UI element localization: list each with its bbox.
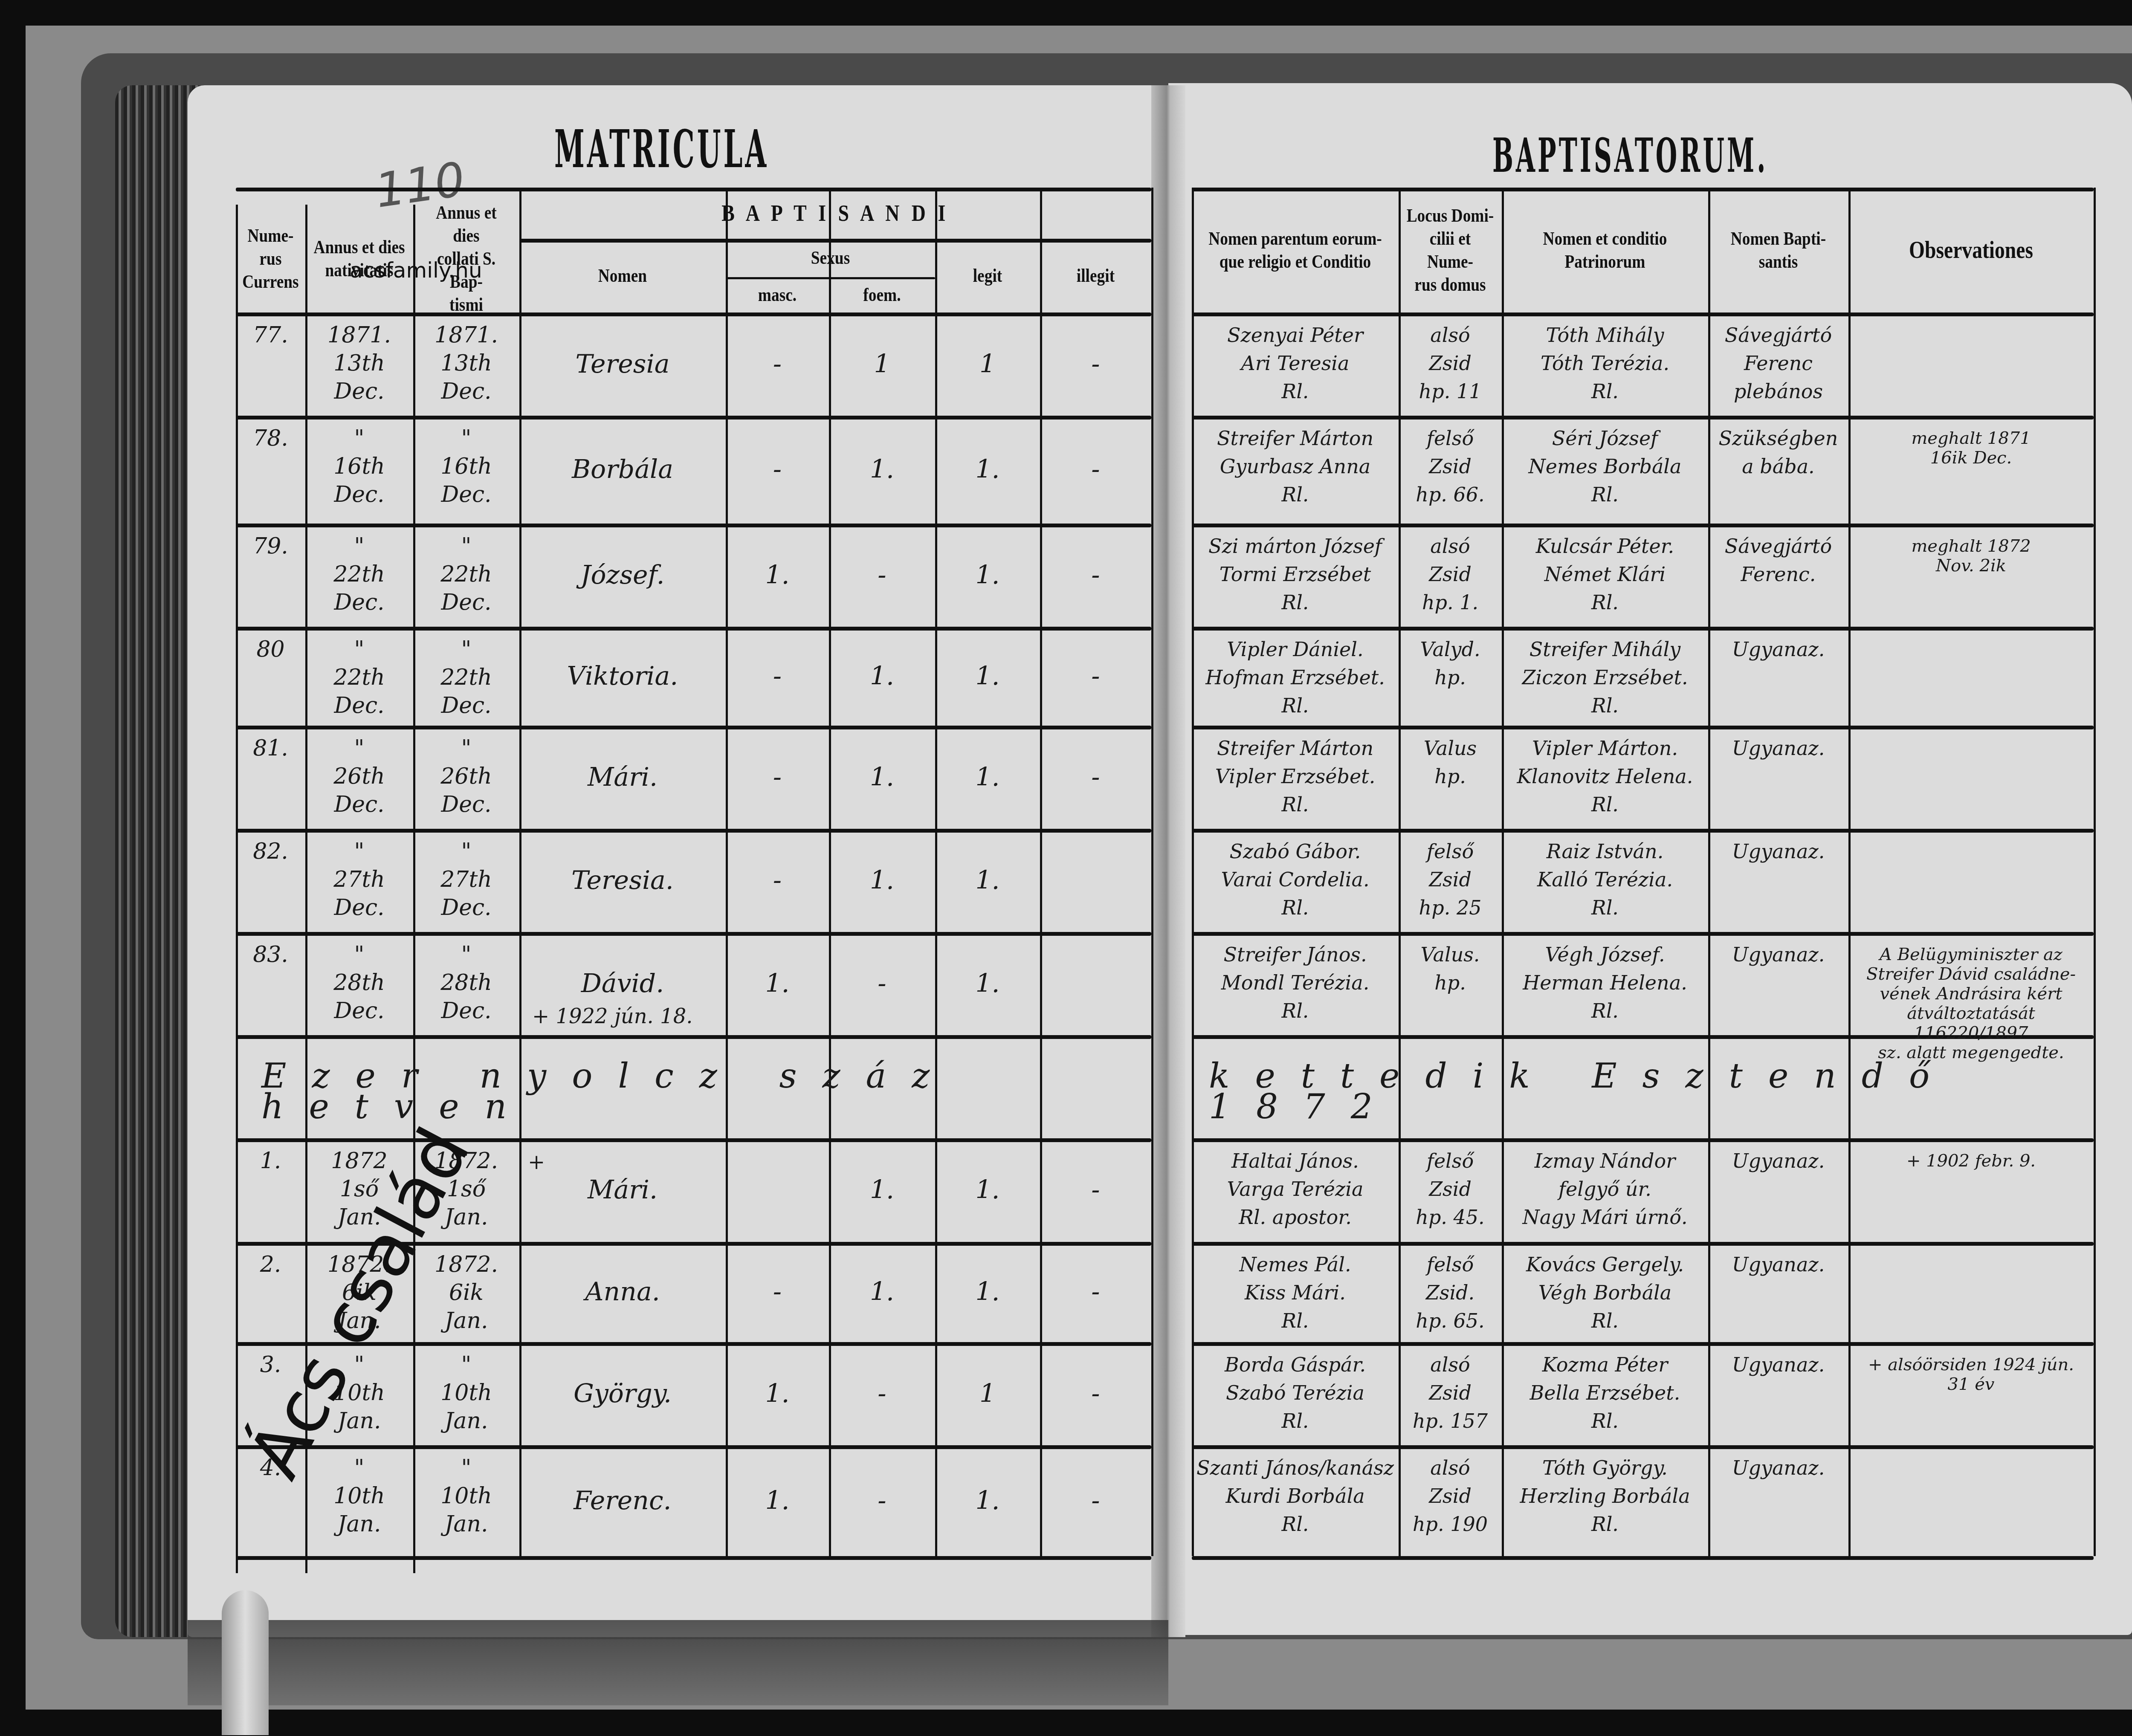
cell-domicile: alsó Zsid hp. 1. (1403, 532, 1498, 616)
cell-parents: Borda Gáspár. Szabó Terézia Rl. (1196, 1351, 1394, 1435)
cell-domicile: Valyd. hp. (1403, 635, 1498, 692)
cell-birth: " 10th Jan. (305, 1454, 413, 1538)
column-header-illegit: illegit (1049, 239, 1143, 312)
cell-illegit: - (1040, 1454, 1151, 1548)
cell-godparents: Tóth Mihály Tóth Terézia. Rl. (1506, 321, 1704, 405)
cell-masc: 1. (726, 1454, 829, 1548)
row-rule (236, 932, 1151, 936)
cell-illegit: - (1040, 321, 1151, 407)
cell-foem: 1. (829, 1250, 935, 1334)
cell-domicile: felső Zsid hp. 45. (1403, 1147, 1498, 1231)
row-rule (236, 1445, 1151, 1449)
cell-name: György. (519, 1351, 726, 1437)
cell-domicile: felső Zsid. hp. 65. (1403, 1250, 1498, 1335)
year-divider-left: Ezer nyolcz száz hetven (261, 1061, 1143, 1122)
column-rule (1708, 188, 1710, 1556)
cell-foem: - (829, 1351, 935, 1437)
cell-masc: - (726, 424, 829, 515)
column-header-baptism: Annus et dies collati S. Bap- tismi (421, 205, 512, 312)
row-rule (236, 829, 1151, 833)
cell-name: Viktoria. (519, 635, 726, 717)
cell-legit: 1. (935, 1250, 1040, 1334)
cell-domicile: felső Zsid hp. 66. (1403, 424, 1498, 509)
left-page-title: MATRICULA (554, 119, 769, 180)
cell-num: 1. (236, 1147, 305, 1175)
cell-name: Ferenc. (519, 1454, 726, 1548)
column-rule (1399, 188, 1401, 1556)
cell-name: Mári. (519, 734, 726, 820)
column-rule (1848, 188, 1851, 1556)
row-rule (236, 312, 1151, 316)
cell-foem: 1. (829, 424, 935, 515)
cell-illegit: - (1040, 1147, 1151, 1233)
cell-num: 77. (236, 321, 305, 349)
column-header-godparents: Nomen et conditio Patrinorum (1517, 188, 1692, 312)
cell-illegit: - (1040, 532, 1151, 618)
cell-num: 2. (236, 1250, 305, 1279)
cell-legit: 1. (935, 1454, 1040, 1548)
row-rule (1192, 1556, 2094, 1560)
cell-foem: 1. (829, 635, 935, 717)
cell-baptism: " 10th Jan. (413, 1454, 519, 1538)
baptisandi-header: B A P T I S A N D I (567, 188, 1104, 239)
cell-masc: - (726, 734, 829, 820)
sexus-header: Sexus (742, 239, 919, 277)
cell-domicile: alsó Zsid hp. 190 (1403, 1454, 1498, 1538)
cell-parents: Streifer Márton Gyurbasz Anna Rl. (1196, 424, 1394, 509)
cell-parents: Szi márton József Tormi Erzsébet Rl. (1196, 532, 1394, 616)
cell-baptizer: Ugyanaz. (1712, 734, 1844, 762)
cell-legit: 1. (935, 734, 1040, 820)
cell-foem: - (829, 1454, 935, 1548)
cell-birth: " 22th Dec. (305, 635, 413, 720)
cell-parents: Streifer János. Mondl Terézia. Rl. (1196, 940, 1394, 1025)
cell-baptizer: Ugyanaz. (1712, 837, 1844, 865)
cell-birth: " 28th Dec. (305, 940, 413, 1025)
cell-domicile: Valus. hp. (1403, 940, 1498, 997)
cell-observations: meghalt 1872 Nov. 2ik (1853, 536, 2089, 576)
cell-parents: Vipler Dániel. Hofman Erzsébet. Rl. (1196, 635, 1394, 720)
cell-birth: 1871. 13th Dec. (305, 321, 413, 405)
cell-legit: 1. (935, 1147, 1040, 1233)
cell-baptism: " 16th Dec. (413, 424, 519, 509)
cell-name: Mári. (519, 1147, 726, 1233)
row-rule (1192, 932, 2094, 936)
cell-baptizer: Ugyanaz. (1712, 635, 1844, 663)
row-rule (1192, 312, 2094, 316)
cell-baptizer: Ugyanaz. (1712, 1454, 1844, 1482)
cell-masc: - (726, 635, 829, 717)
cell-foem: 1. (829, 1147, 935, 1233)
cell-godparents: Raiz István. Kalló Terézia. Rl. (1506, 837, 1704, 922)
row-rule (236, 1556, 1151, 1560)
column-header-legit: legit (943, 239, 1032, 312)
cell-baptizer: Ugyanaz. (1712, 1250, 1844, 1279)
cell-foem: 1 (829, 321, 935, 407)
row-rule (1192, 726, 2094, 729)
cell-masc: - (726, 321, 829, 407)
cell-observations: meghalt 1871 16ik Dec. (1853, 428, 2089, 468)
row-rule (1192, 416, 2094, 420)
cell-num: 81. (236, 734, 305, 762)
column-header-masc: masc. (733, 277, 821, 312)
column-rule (1192, 188, 1194, 1556)
cell-observations: A Belügyminiszter az Streifer Dávid csal… (1853, 945, 2089, 1062)
column-header-num: Nume- rus Currens (241, 205, 300, 312)
cell-num: 82. (236, 837, 305, 865)
row-rule (236, 416, 1151, 420)
cell-godparents: Vipler Márton. Klanovitz Helena. Rl. (1506, 734, 1704, 819)
cell-godparents: Tóth György. Herzling Borbála Rl. (1506, 1454, 1704, 1538)
row-rule (1192, 627, 2094, 631)
cell-domicile: Valus hp. (1403, 734, 1498, 790)
cell-illegit: - (1040, 635, 1151, 717)
column-header-birth: Annus et dies nativitatis (313, 205, 405, 312)
cell-foem: 1. (829, 734, 935, 820)
cell-legit: 1. (935, 532, 1040, 618)
thumb-holding-page (222, 1590, 269, 1735)
cell-legit: 1 (935, 1351, 1040, 1437)
cell-legit: 1 (935, 321, 1040, 407)
cell-baptism: " 27th Dec. (413, 837, 519, 922)
cell-name: József. (519, 532, 726, 618)
cell-parents: Haltai János. Varga Terézia Rl. apostor. (1196, 1147, 1394, 1231)
cell-num: 83. (236, 940, 305, 969)
row-rule (1192, 524, 2094, 527)
cell-birth: " 26th Dec. (305, 734, 413, 819)
row-rule (236, 524, 1151, 527)
cell-illegit: - (1040, 424, 1151, 515)
cell-birth: " 27th Dec. (305, 837, 413, 922)
cell-baptism: " 22th Dec. (413, 532, 519, 616)
cell-name: Teresia (519, 321, 726, 407)
cell-baptizer: Ugyanaz. (1712, 940, 1844, 969)
row-rule (1192, 1445, 2094, 1449)
cell-num: 80 (236, 635, 305, 663)
cell-baptizer: Ugyanaz. (1712, 1351, 1844, 1379)
cell-baptism: " 28th Dec. (413, 940, 519, 1025)
cell-parents: Szabó Gábor. Varai Cordelia. Rl. (1196, 837, 1394, 922)
cell-name: Borbála (519, 424, 726, 515)
cell-baptizer: Szükségben a bába. (1712, 424, 1844, 480)
cell-godparents: Kovács Gergely. Végh Borbála Rl. (1506, 1250, 1704, 1335)
cell-birth: " 22th Dec. (305, 532, 413, 616)
column-rule (1151, 188, 1153, 1556)
cell-observations: + alsóörsiden 1924 jún. 31 év (1853, 1355, 2089, 1394)
row-rule (1192, 1138, 2094, 1142)
row-rule (1192, 1342, 2094, 1346)
cell-parents: Szanti János/kanász Kurdi Borbála Rl. (1196, 1454, 1394, 1538)
book-gutter (1151, 85, 1185, 1637)
page-shadow (188, 1620, 1168, 1705)
cell-legit: 1. (935, 837, 1040, 923)
cell-masc: 1. (726, 940, 829, 1027)
row-rule (236, 627, 1151, 631)
cell-name: Anna. (519, 1250, 726, 1334)
cell-godparents: Kozma Péter Bella Erzsébet. Rl. (1506, 1351, 1704, 1435)
column-rule (2094, 188, 2096, 1556)
cell-name: Teresia. (519, 837, 726, 923)
cell-masc: 1. (726, 1351, 829, 1437)
name-note: + (528, 1147, 545, 1178)
cell-parents: Streifer Márton Vipler Erzsébet. Rl. (1196, 734, 1394, 819)
column-header-observations: Observationes (1867, 188, 2075, 312)
cell-godparents: Streifer Mihály Ziczon Erzsébet. Rl. (1506, 635, 1704, 720)
cell-birth: " 16th Dec. (305, 424, 413, 509)
cell-observations: + 1902 febr. 9. (1853, 1151, 2089, 1171)
cell-foem: 1. (829, 837, 935, 923)
cell-baptism: " 10th Jan. (413, 1351, 519, 1435)
row-rule (236, 726, 1151, 729)
cell-domicile: alsó Zsid hp. 157 (1403, 1351, 1498, 1435)
cell-godparents: Izmay Nándor felgyő úr. Nagy Mári úrnő. (1506, 1147, 1704, 1231)
cell-domicile: felső Zsid hp. 25 (1403, 837, 1498, 922)
cell-num: 79. (236, 532, 305, 560)
row-rule (1192, 1242, 2094, 1246)
cell-godparents: Kulcsár Péter. Német Klári Rl. (1506, 532, 1704, 616)
column-header-domicile: Locus Domi- cilii et Nume- rus domus (1406, 188, 1494, 312)
cell-num: 78. (236, 424, 305, 452)
cell-parents: Nemes Pál. Kiss Mári. Rl. (1196, 1250, 1394, 1335)
column-header-baptizer: Nomen Bapti- santis (1719, 188, 1838, 312)
row-rule (236, 1035, 1151, 1039)
row-rule (1192, 829, 2094, 833)
cell-masc: - (726, 837, 829, 923)
column-header-name: Nomen (535, 239, 710, 312)
cell-domicile: alsó Zsid hp. 11 (1403, 321, 1498, 405)
cell-foem: - (829, 940, 935, 1027)
cell-godparents: Séri József Nemes Borbála Rl. (1506, 424, 1704, 509)
cell-baptism: 1872. 6ik Jan. (413, 1250, 519, 1335)
right-page-title: BAPTISATORUM. (1492, 128, 1768, 183)
year-divider-right: kettedik Esztendő 1872 (1209, 1061, 2085, 1122)
column-header-parents: Nomen parentum eorum- que religio et Con… (1207, 188, 1383, 312)
cell-legit: 1. (935, 424, 1040, 515)
cell-masc: 1. (726, 532, 829, 618)
cell-baptizer: Ugyanaz. (1712, 1147, 1844, 1175)
cell-baptism: 1871. 13th Dec. (413, 321, 519, 405)
cell-legit: 1. (935, 940, 1040, 1027)
column-header-foem: foem. (837, 277, 927, 312)
cell-masc: - (726, 1250, 829, 1334)
row-rule (236, 1138, 1151, 1142)
cell-illegit: - (1040, 734, 1151, 820)
cell-foem: - (829, 532, 935, 618)
cell-legit: 1. (935, 635, 1040, 717)
cell-illegit: - (1040, 1351, 1151, 1437)
cell-baptizer: Sávegjártó Ferenc plebános (1712, 321, 1844, 405)
cell-baptism: " 26th Dec. (413, 734, 519, 819)
cell-baptism: " 22th Dec. (413, 635, 519, 720)
cell-baptizer: Sávegjártó Ferenc. (1712, 532, 1844, 588)
cell-parents: Szenyai Péter Ari Teresia Rl. (1196, 321, 1394, 405)
cell-illegit: - (1040, 1250, 1151, 1334)
cell-godparents: Végh József. Herman Helena. Rl. (1506, 940, 1704, 1025)
name-note: + 1922 jún. 18. (532, 1001, 692, 1032)
column-rule (1502, 188, 1504, 1556)
